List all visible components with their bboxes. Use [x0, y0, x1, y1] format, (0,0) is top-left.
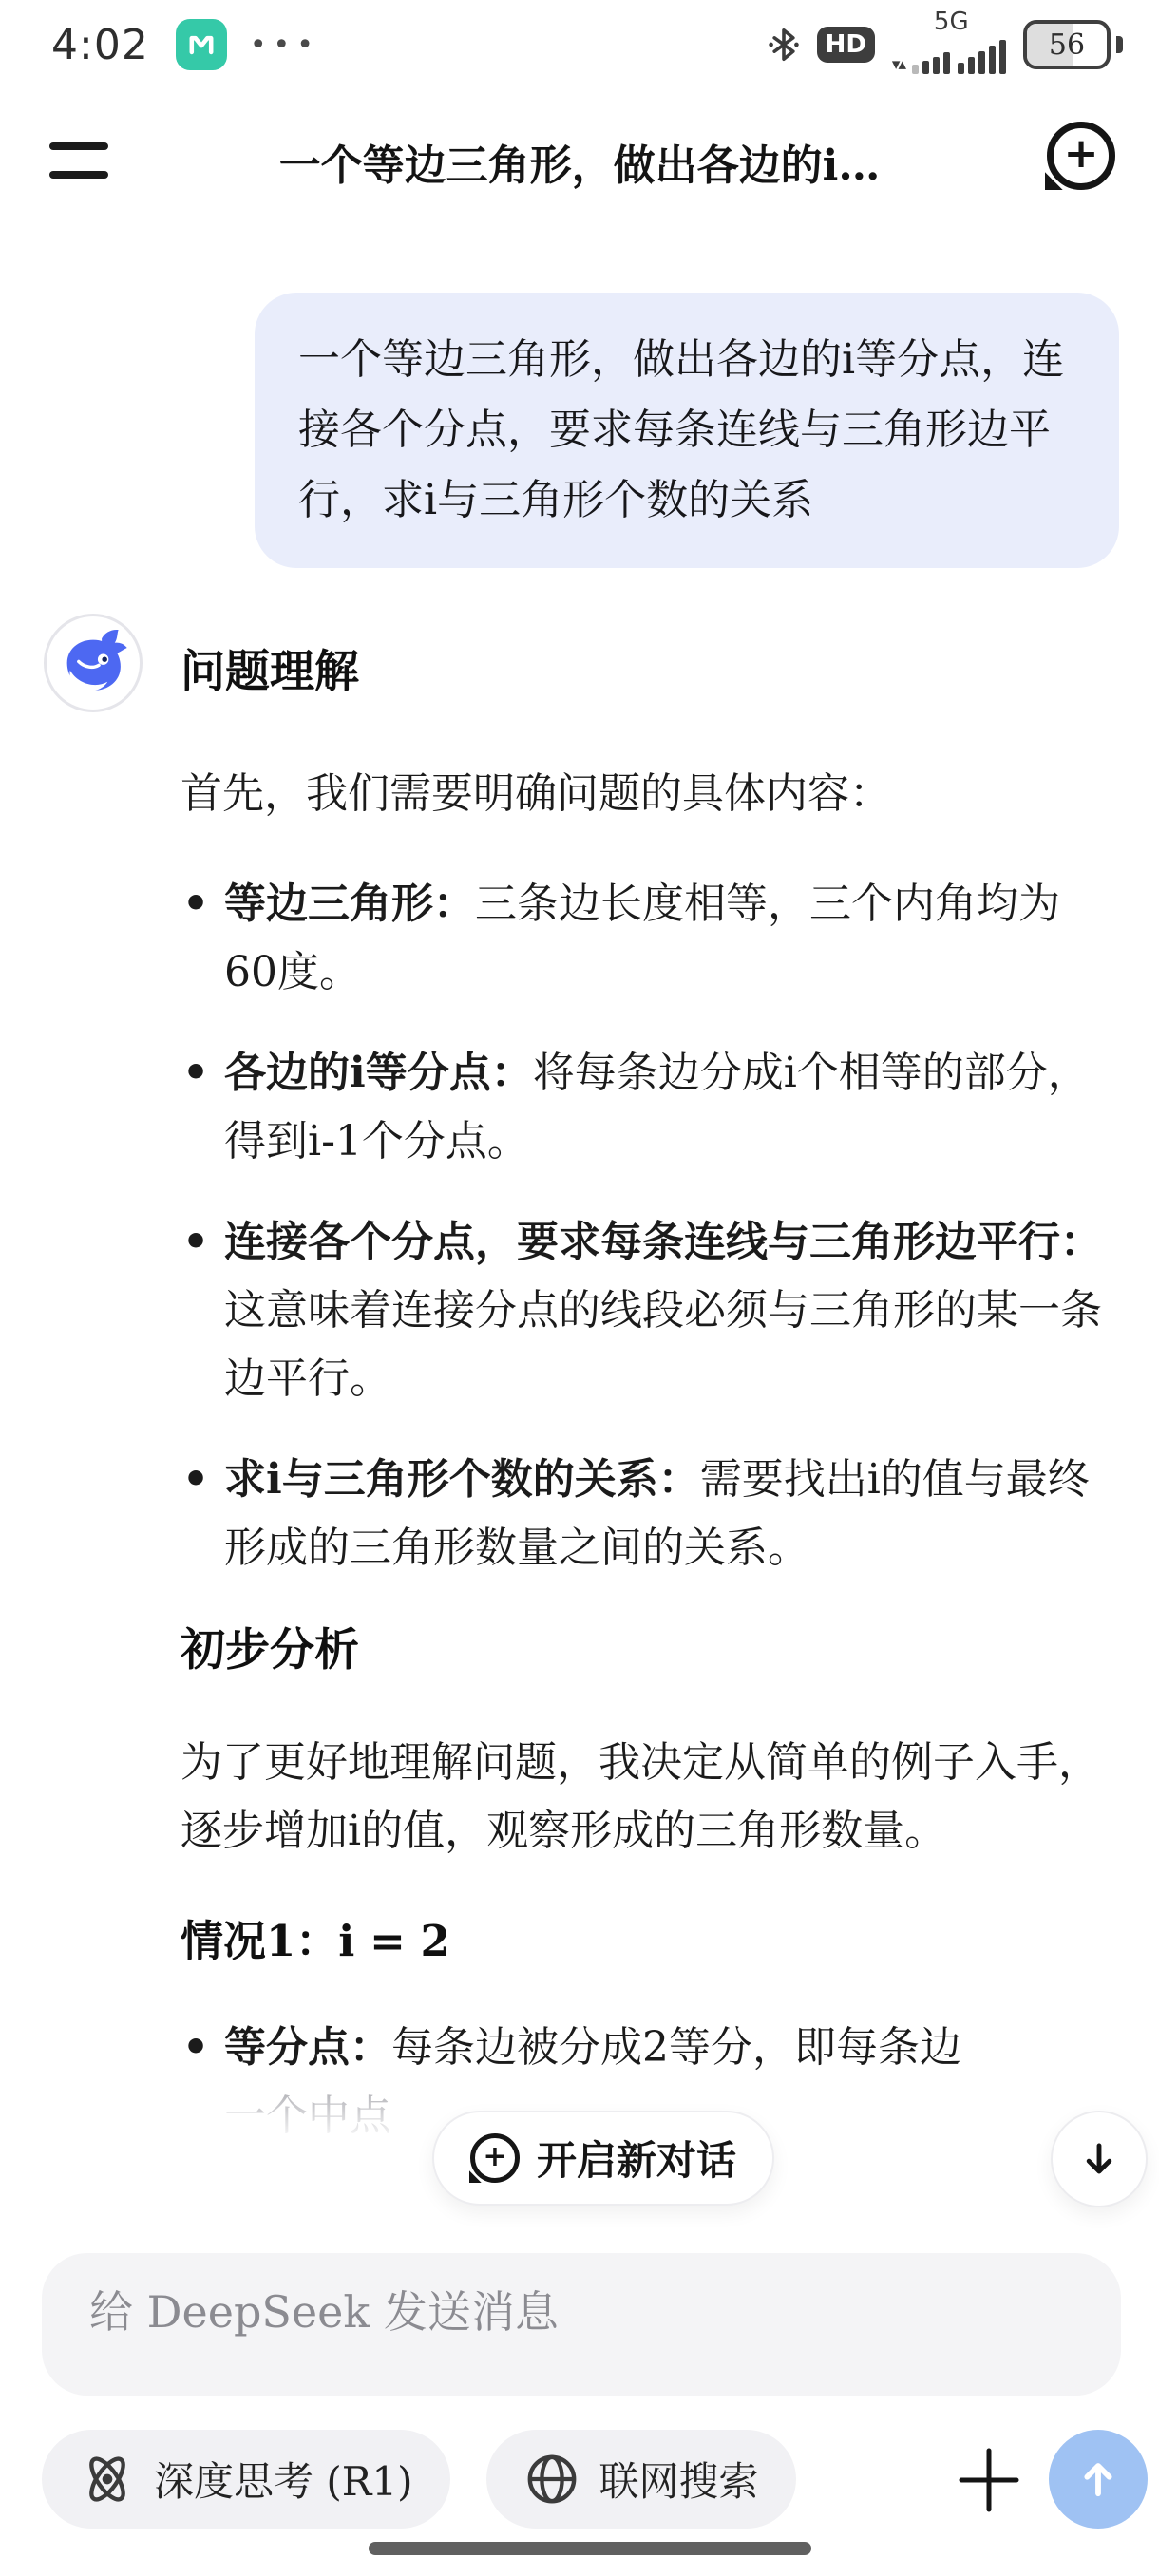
sim2-signal-icon	[958, 40, 1006, 74]
down-arrow-icon	[1074, 2134, 1124, 2184]
assistant-message-body: 首先，我们需要明确问题的具体内容： 等边三角形：三条边长度相等，三个内角均为60…	[180, 760, 1107, 2185]
deep-think-toggle[interactable]: 深度思考 (R1)	[42, 2430, 450, 2529]
send-button[interactable]	[1049, 2430, 1148, 2529]
up-arrow-icon	[1072, 2453, 1125, 2506]
bullet-list-definitions: 等边三角形：三条边长度相等，三个内角均为60度。 各边的i等分点：将每条边分成i…	[180, 870, 1107, 1582]
list-item: 连接各个分点，要求每条连线与三角形边平行：这意味着连接分点的线段必须与三角形的某…	[180, 1208, 1107, 1413]
sim1-signal-icon	[912, 52, 950, 74]
hd-badge: HD	[817, 27, 875, 63]
web-search-label: 联网搜索	[598, 2451, 758, 2508]
mi-home-app-icon	[176, 19, 227, 70]
battery-percent: 56	[1049, 28, 1085, 62]
volte-arrows-icon: ▾▴	[892, 55, 904, 74]
web-search-toggle[interactable]: 联网搜索	[486, 2430, 796, 2529]
chat-bubble-plus-icon: +	[470, 2133, 520, 2183]
deepseek-chat-screen: 4:02 ••• HD 5G ▾▴	[0, 0, 1159, 2576]
plus-icon	[954, 2445, 1024, 2515]
new-conversation-pill-button[interactable]: + 开启新对话	[432, 2111, 774, 2206]
analysis-paragraph: 为了更好地理解问题，我决定从简单的例子入手，逐步增加i的值，观察形成的三角形数量…	[180, 1729, 1107, 1866]
scroll-to-bottom-button[interactable]	[1051, 2111, 1148, 2207]
new-conversation-label: 开启新对话	[537, 2130, 736, 2187]
chat-bubble-plus-icon: +	[1047, 122, 1115, 190]
assistant-avatar	[44, 614, 142, 712]
message-input[interactable]	[42, 2253, 1121, 2396]
battery-icon: 56	[1023, 20, 1111, 69]
cellular-cluster: 5G ▾▴	[892, 15, 1006, 74]
list-item: 求i与三角形个数的关系：需要找出i的值与最终形成的三角形数量之间的关系。	[180, 1446, 1107, 1582]
network-type-label: 5G	[934, 8, 969, 36]
section-heading-initial-analysis: 初步分析	[180, 1617, 1107, 1685]
bluetooth-icon	[768, 24, 800, 66]
user-message-bubble: 一个等边三角形，做出各边的i等分点，连接各个分点，要求每条连线与三角形边平行，求…	[255, 293, 1119, 568]
list-item: 等边三角形：三条边长度相等，三个内角均为60度。	[180, 870, 1107, 1007]
deep-think-label: 深度思考 (R1)	[154, 2451, 412, 2508]
new-chat-button[interactable]: +	[1047, 122, 1115, 190]
clock: 4:02	[51, 21, 149, 69]
list-item: 各边的i等分点：将每条边分成i个相等的部分，得到i-1个分点。	[180, 1039, 1107, 1176]
page-title: 一个等边三角形，做出各边的i…	[133, 131, 1026, 192]
globe-icon	[524, 2452, 579, 2507]
status-icons: HD 5G ▾▴ 56	[768, 15, 1123, 74]
intro-paragraph: 首先，我们需要明确问题的具体内容：	[180, 760, 1107, 828]
attach-button[interactable]	[950, 2441, 1028, 2519]
status-bar: 4:02 ••• HD 5G ▾▴	[0, 15, 1159, 74]
chat-header: 一个等边三角形，做出各边的i… +	[0, 120, 1159, 211]
section-heading-problem-understanding: 问题理解	[180, 636, 359, 700]
deepseek-whale-icon	[57, 627, 129, 699]
case1-heading: 情况1：i = 2	[180, 1907, 1107, 1976]
home-indicator[interactable]	[369, 2542, 811, 2555]
composer-tools: 深度思考 (R1) 联网搜索	[42, 2430, 796, 2529]
mi-home-glyph	[185, 29, 218, 60]
hamburger-menu-icon[interactable]	[49, 142, 108, 179]
notification-dots-icon: •••	[250, 28, 320, 62]
battery-nub	[1116, 36, 1123, 53]
atom-icon	[80, 2452, 135, 2507]
